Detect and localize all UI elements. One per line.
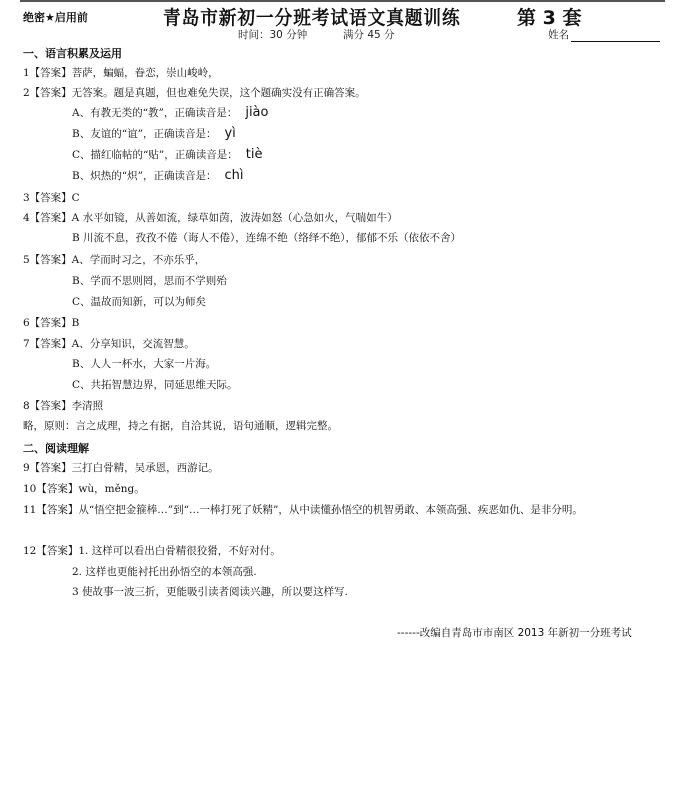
exam-time: 时间：30 分钟 [238,27,307,42]
answer-8: 8【答案】李清照 [23,399,103,413]
set-label: 第 3 套 [517,3,581,30]
answer-8-note: 略，原则：言之成理，持之有据，自洽其说，语句通顺，逻辑完整。 [23,419,338,433]
answer-2-item-b: B、友谊的“谊”，正确读音是：yì [72,127,236,141]
answer-10: 10【答案】wù，měng。 [23,482,145,496]
answer-5: 5【答案】A、学而时习之，不亦乐乎， [23,253,205,267]
answer-12-3: 3 使故事一波三折，更能吸引读者阅读兴趣，所以要这样写. [72,585,348,599]
name-input-line[interactable] [571,29,660,42]
pinyin: jiào [245,105,268,120]
pinyin: tiè [246,147,263,162]
name-field[interactable]: 姓名 [548,27,660,42]
answer-5-b: B、学而不思则罔，思而不学则殆 [72,274,227,288]
exam-score: 满分 45 分 [343,27,395,42]
section-heading-2: 二、阅读理解 [23,440,89,456]
name-label: 姓名 [548,27,569,42]
answer-2: 2【答案】无答案。题是真题，但也难免失误，这个题确实没有正确答案。 [23,86,366,100]
section-heading-1: 一、语言积累及运用 [23,45,122,61]
answer-2-item-a: A、有教无类的“教”，正确读音是：jiào [72,106,268,120]
top-rule [20,0,665,2]
answer-4: 4【答案】A 水平如镜，从善如流，绿草如茵，波涛如怒（心急如火，气喘如牛） [23,211,398,225]
answer-2-item-d: B、炽热的“炽”，正确读音是：chì [72,169,243,183]
answer-6: 6【答案】B [23,316,79,330]
answer-11: 11【答案】从“悟空把金箍棒…”到“…一棒打死了妖精”，从中读懂孙悟空的机智勇敢… [23,500,668,520]
answer-12-2: 2. 这样也更能衬托出孙悟空的本领高强. [72,565,257,579]
answer-5-c: C、温故而知新，可以为师矣 [72,295,206,309]
answer-7: 7【答案】A、分享知识，交流智慧。 [23,337,195,351]
pinyin: chì [224,168,243,183]
answer-4-b: B 川流不息，孜孜不倦（诲人不倦），连绵不绝（络绎不绝），郁郁不乐（依依不舍） [72,231,461,245]
answer-12: 12【答案】1. 这样可以看出白骨精很狡猾，不好对付。 [23,544,281,558]
page-title: 青岛市新初一分班考试语文真题训练 [163,3,461,30]
pinyin: yì [224,126,235,141]
answer-1: 1【答案】菩萨，蝙蝠，眷恋，崇山峻岭， [23,66,219,80]
confidential-label: 绝密★启用前 [23,9,88,25]
answer-3: 3【答案】C [23,191,80,205]
answer-7-c: C、共拓智慧边界，同延思维天际。 [72,378,238,392]
answer-9: 9【答案】三打白骨精，吴承恩，西游记。 [23,461,219,475]
source-note: ------改编自青岛市市南区 2013 年新初一分班考试 [397,625,632,640]
answer-7-b: B、人人一杯水，大家一片海。 [72,357,216,371]
answer-2-item-c: C、描红临帖的“贴”，正确读音是：tiè [72,148,263,162]
